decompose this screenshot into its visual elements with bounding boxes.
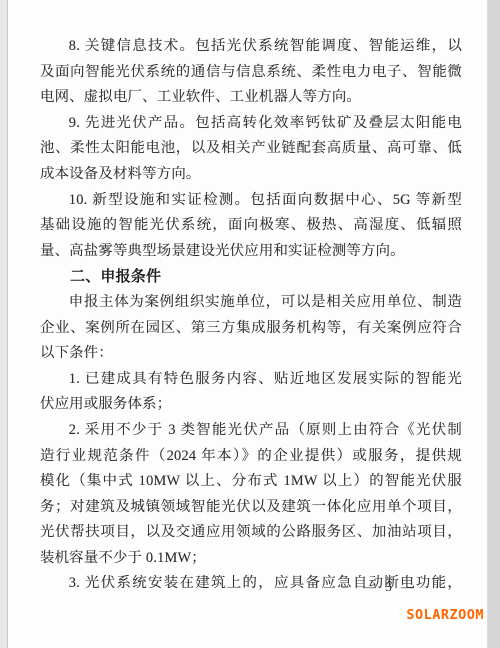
body-line: 1. 已建成具有特色服务内容、贴近地区发展实际的智能光 — [40, 367, 462, 393]
body-line: 模化（集中式 10MW 以上、分布式 1MW 以上）的智能光伏服 — [40, 469, 462, 495]
document-text: 8. 关键信息技术。包括光伏系统智能调度、智能运维，以 及面向智能光伏系统的通信… — [8, 0, 488, 597]
body-line: 10. 新型设施和实证检测。包括面向数据中心、5G 等新型 — [40, 188, 462, 214]
body-line: 8. 关键信息技术。包括光伏系统智能调度、智能运维，以 — [40, 34, 462, 60]
body-line: 量、高盐雾等典型场景建设光伏应用和实证检测等方向。 — [40, 239, 462, 265]
watermark-solarzoom: SOLARZOOM — [406, 607, 484, 623]
body-line: 电网、虚拟电厂、工业软件、工业机器人等方向。 — [40, 85, 462, 111]
body-line: 以下条件： — [40, 341, 462, 367]
scan-edge-right — [487, 0, 500, 648]
body-line: 基础设施的智能光伏系统，面向极寒、极热、高湿度、低辐照 — [40, 213, 462, 239]
document-page: 8. 关键信息技术。包括光伏系统智能调度、智能运维，以 及面向智能光伏系统的通信… — [8, 0, 488, 648]
scan-edge-left — [0, 0, 8, 648]
body-line: 伏应用或服务体系； — [40, 392, 462, 418]
body-line: 企业、案例所在园区、第三方集成服务机构等，有关案例应符合 — [40, 316, 462, 342]
body-line: 装机容量不少于 0.1MW； — [40, 546, 462, 572]
section-heading: 二、申报条件 — [40, 264, 462, 290]
body-line: 申报主体为案例组织实施单位，可以是相关应用单位、制造 — [40, 290, 462, 316]
body-line: 务；对建筑及城镇领域智能光伏以及建筑一体化应用单个项目， — [40, 495, 462, 521]
body-line: 2. 采用不少于 3 类智能光伏产品（原则上由符合《光伏制 — [40, 418, 462, 444]
body-line: 池、柔性太阳能电池，以及相关产业链配套高质量、高可靠、低 — [40, 136, 462, 162]
body-line: 光伏帮扶项目，以及交通应用领域的公路服务区、加油站项目， — [40, 520, 462, 546]
body-line: 及面向智能光伏系统的通信与信息系统、柔性电力电子、智能微 — [40, 60, 462, 86]
page-number: — 3 — — [363, 579, 417, 595]
body-line: 造行业规范条件（2024 年本）》的企业提供）或服务，提供规 — [40, 444, 462, 470]
body-line: 成本设备及材料等方向。 — [40, 162, 462, 188]
body-line: 9. 先进光伏产品。包括高转化效率钙钛矿及叠层太阳能电 — [40, 111, 462, 137]
scanned-document: 8. 关键信息技术。包括光伏系统智能调度、智能运维，以 及面向智能光伏系统的通信… — [0, 0, 500, 648]
